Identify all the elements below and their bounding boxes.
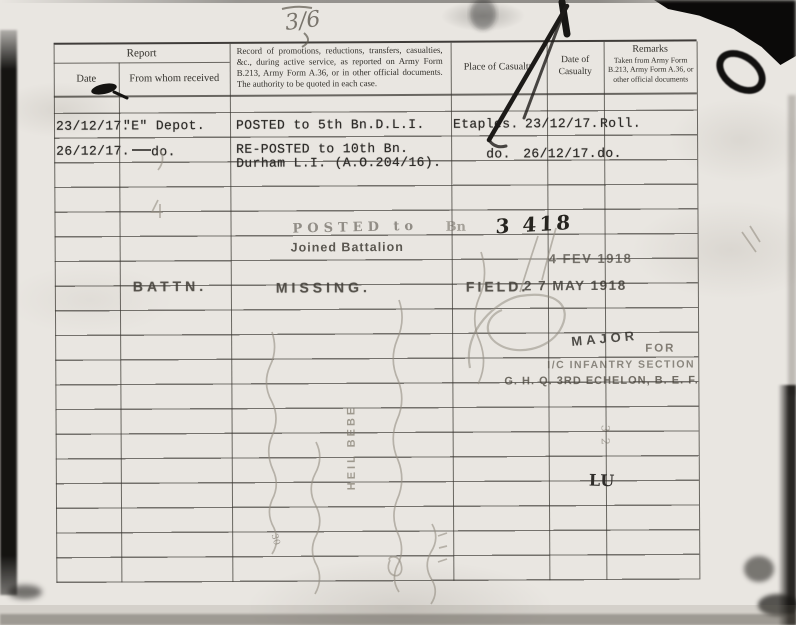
ink-blob <box>90 81 118 96</box>
pen-hook <box>489 140 506 147</box>
marks-overlay: 3/6 <box>0 0 796 625</box>
top-edge-line <box>0 0 796 3</box>
pencil-scrawl <box>475 252 485 384</box>
bottom-edge-strip <box>0 614 796 625</box>
pencil-scrawl <box>427 524 447 604</box>
pencil-scrawl <box>393 300 402 592</box>
left-edge-bottom-blot <box>8 585 42 599</box>
left-page-edge-shadow <box>0 30 17 595</box>
right-edge-blot-1 <box>744 556 774 582</box>
scanned-form-page: Report Date From whom received Record of… <box>0 0 796 625</box>
pencil-scrawl <box>152 200 162 218</box>
pencil-scrawl <box>742 226 760 252</box>
pencil-scrawl-group <box>152 150 760 604</box>
top-scrawl-tail <box>302 33 308 47</box>
pencil-scrawl <box>311 442 320 594</box>
top-scrawl-text: 3/6 <box>284 7 322 36</box>
pencil-scrawl <box>158 150 163 170</box>
ink-blob-tail <box>114 92 127 98</box>
pencil-scrawl <box>266 332 276 554</box>
right-edge-faint <box>788 95 796 395</box>
pen-diagonal-stroke <box>489 6 567 140</box>
pencil-scrawl <box>520 228 556 292</box>
right-page-edge-shadow <box>778 385 796 625</box>
ink-smudge <box>470 0 496 30</box>
